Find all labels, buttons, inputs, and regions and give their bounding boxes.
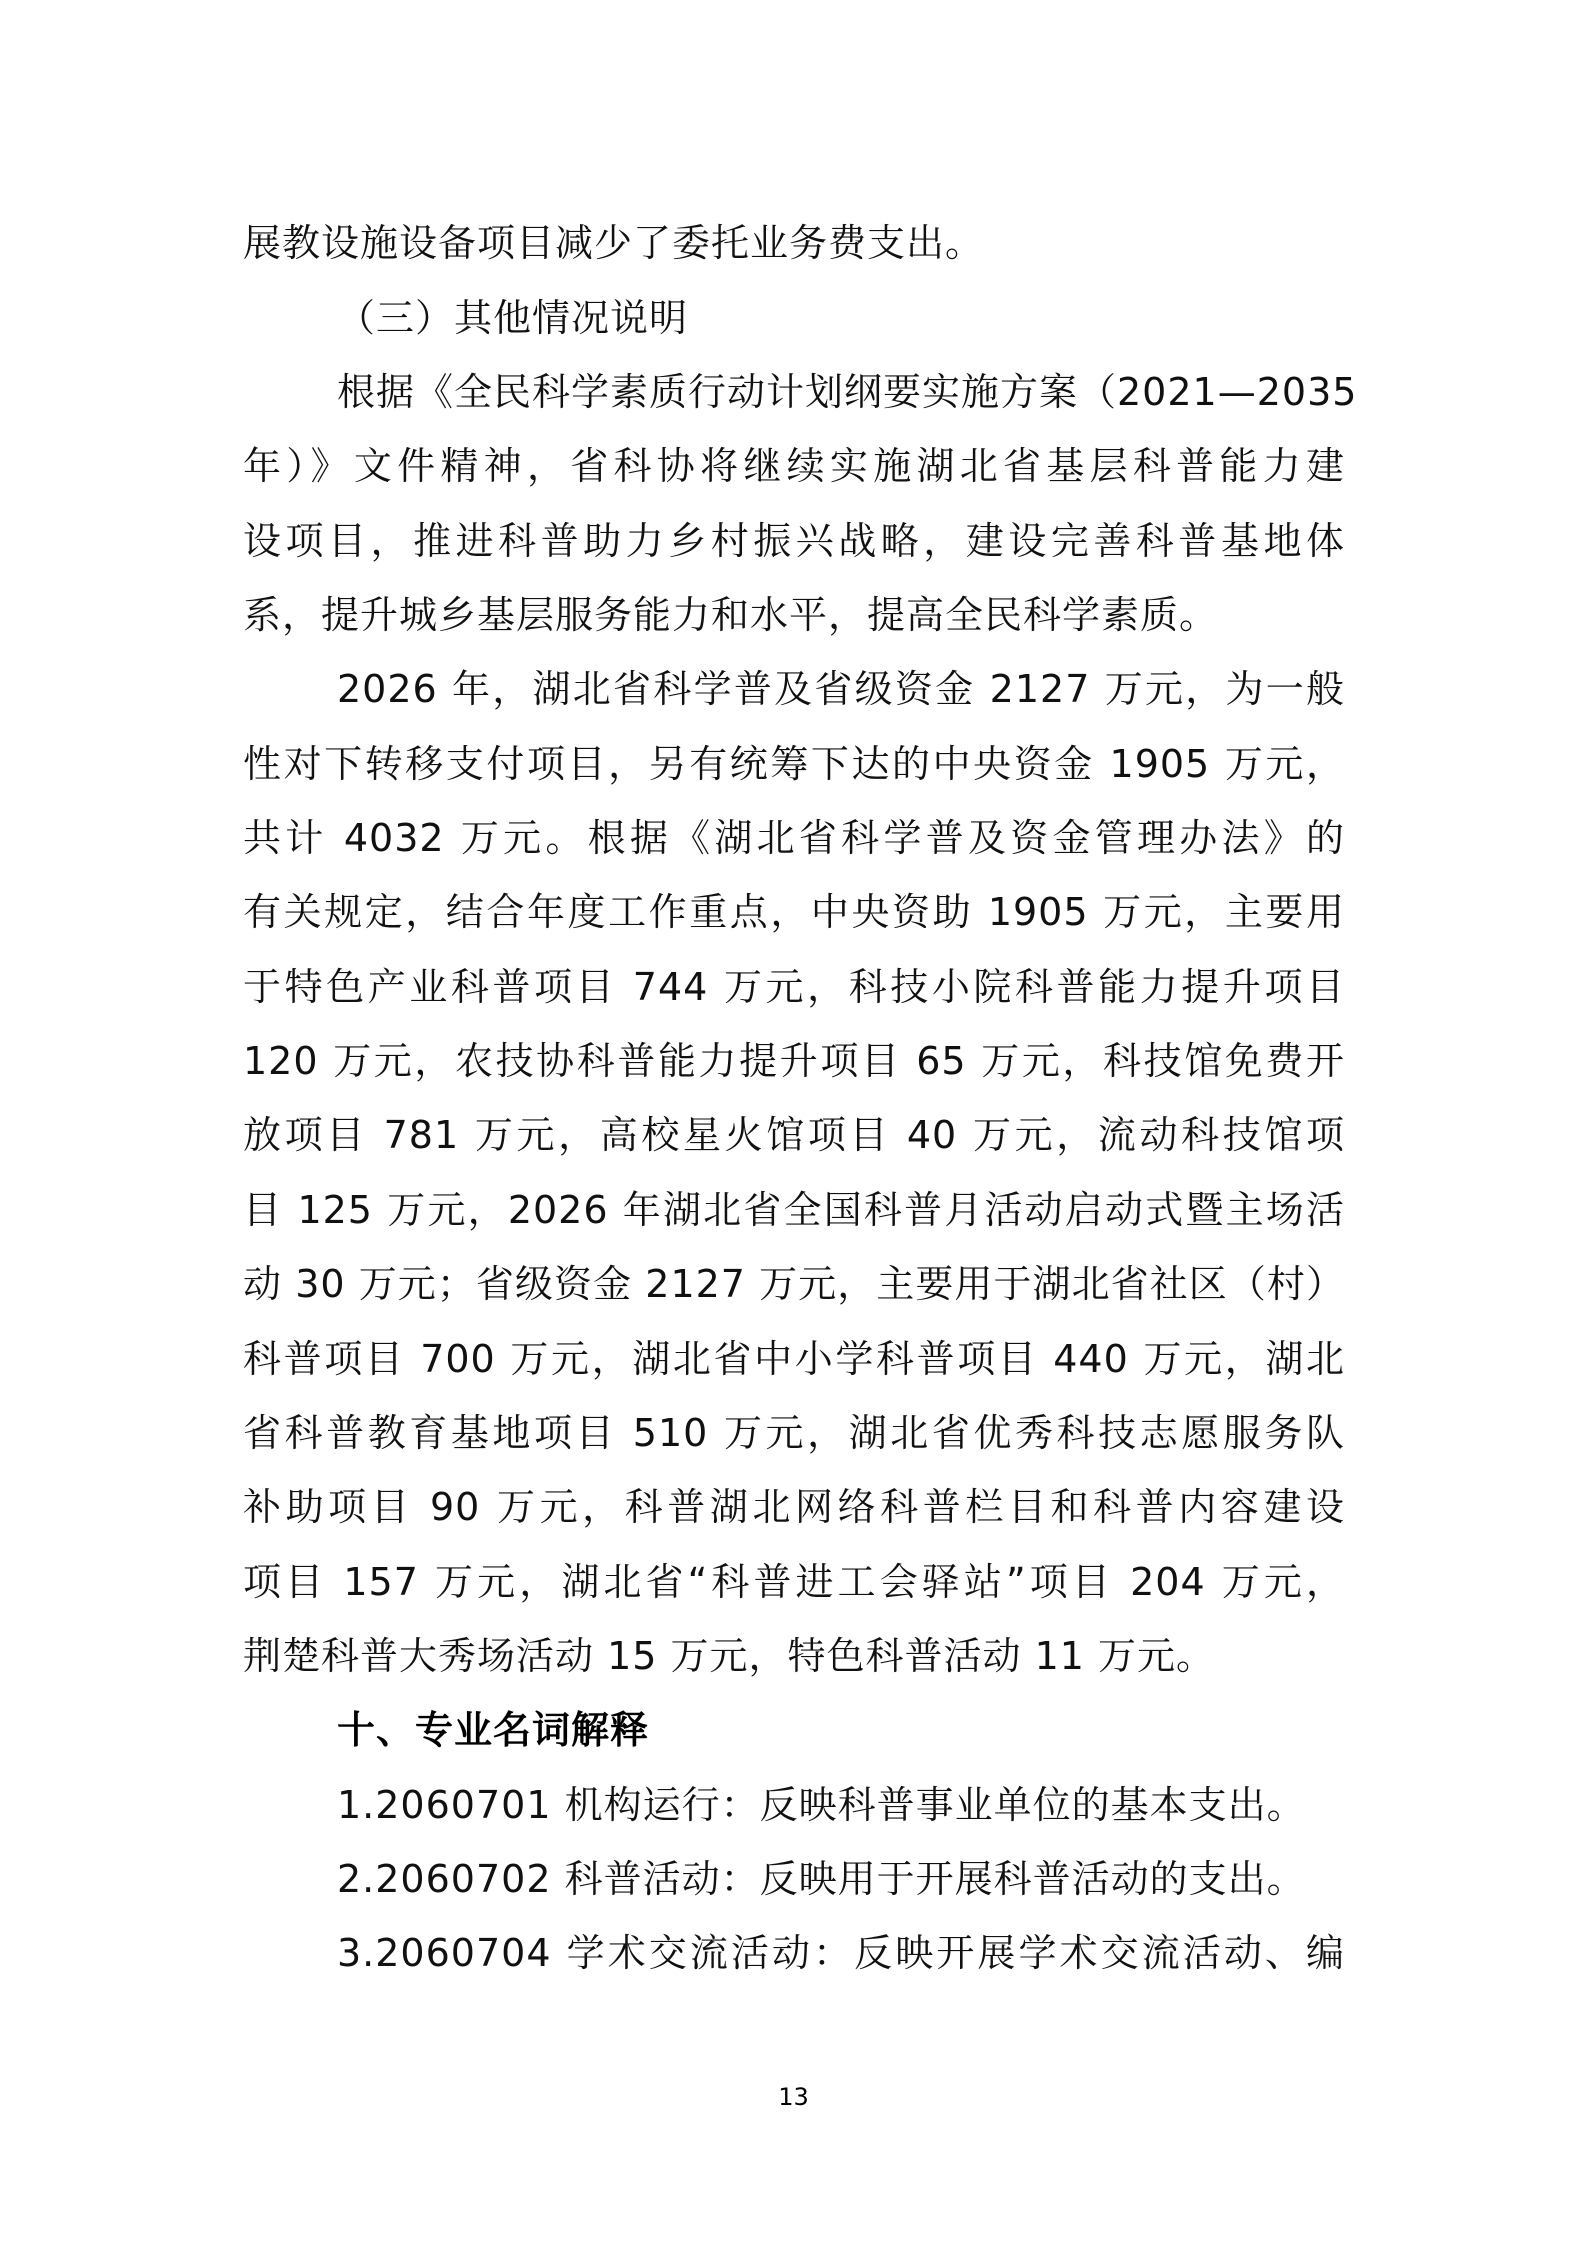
paragraph-line: 目 125 万元，2026 年湖北省全国科普月活动启动式暨主场活: [243, 1173, 1345, 1247]
paragraph-line: 年）》文件精神，省科协将继续实施湖北省基层科普能力建: [243, 429, 1345, 503]
paragraph-line: 根据《全民科学素质行动计划纲要实施方案（2021—2035: [337, 355, 1345, 429]
document-page: 展教设施设备项目减少了委托业务费支出。 （三）其他情况说明 根据《全民科学素质行…: [0, 0, 1587, 2245]
paragraph-line: 2026 年，湖北省科学普及省级资金 2127 万元，为一般: [337, 652, 1345, 726]
paragraph-line: 项目 157 万元，湖北省“科普进工会驿站”项目 204 万元，: [243, 1545, 1345, 1619]
paragraph-line: 省科普教育基地项目 510 万元，湖北省优秀科技志愿服务队: [243, 1396, 1345, 1470]
paragraph-line: 系，提升城乡基层服务能力和水平，提高全民科学素质。: [243, 578, 1345, 652]
paragraph-line: 共计 4032 万元。根据《湖北省科学普及资金管理办法》的: [243, 801, 1345, 875]
paragraph-line: 设项目，推进科普助力乡村振兴战略，建设完善科普基地体: [243, 504, 1345, 578]
paragraph-line: 动 30 万元；省级资金 2127 万元，主要用于湖北省社区（村）: [243, 1247, 1345, 1321]
paragraph-line: 补助项目 90 万元，科普湖北网络科普栏目和科普内容建设: [243, 1470, 1345, 1544]
page-number: 13: [0, 2080, 1587, 2114]
glossary-item: 2.2060702 科普活动：反映用于开展科普活动的支出。: [337, 1842, 1345, 1916]
paragraph-line: 性对下转移支付项目，另有统筹下达的中央资金 1905 万元，: [243, 727, 1345, 801]
paragraph-continuation: 展教设施设备项目减少了委托业务费支出。: [243, 206, 1345, 280]
glossary-item: 3.2060704 学术交流活动：反映开展学术交流活动、编: [337, 1916, 1345, 1990]
paragraph-line: 科普项目 700 万元，湖北省中小学科普项目 440 万元，湖北: [243, 1322, 1345, 1396]
paragraph-line: 120 万元，农技协科普能力提升项目 65 万元，科技馆免费开: [243, 1024, 1345, 1098]
paragraph-line: 有关规定，结合年度工作重点，中央资助 1905 万元，主要用: [243, 875, 1345, 949]
subheading-other-notes: （三）其他情况说明: [337, 281, 1345, 355]
section-heading-glossary: 十、专业名词解释: [337, 1693, 1345, 1767]
glossary-item: 1.2060701 机构运行：反映科普事业单位的基本支出。: [337, 1768, 1345, 1842]
paragraph-line: 放项目 781 万元，高校星火馆项目 40 万元，流动科技馆项: [243, 1098, 1345, 1172]
paragraph-line: 荆楚科普大秀场活动 15 万元，特色科普活动 11 万元。: [243, 1619, 1345, 1693]
paragraph-line: 于特色产业科普项目 744 万元，科技小院科普能力提升项目: [243, 950, 1345, 1024]
